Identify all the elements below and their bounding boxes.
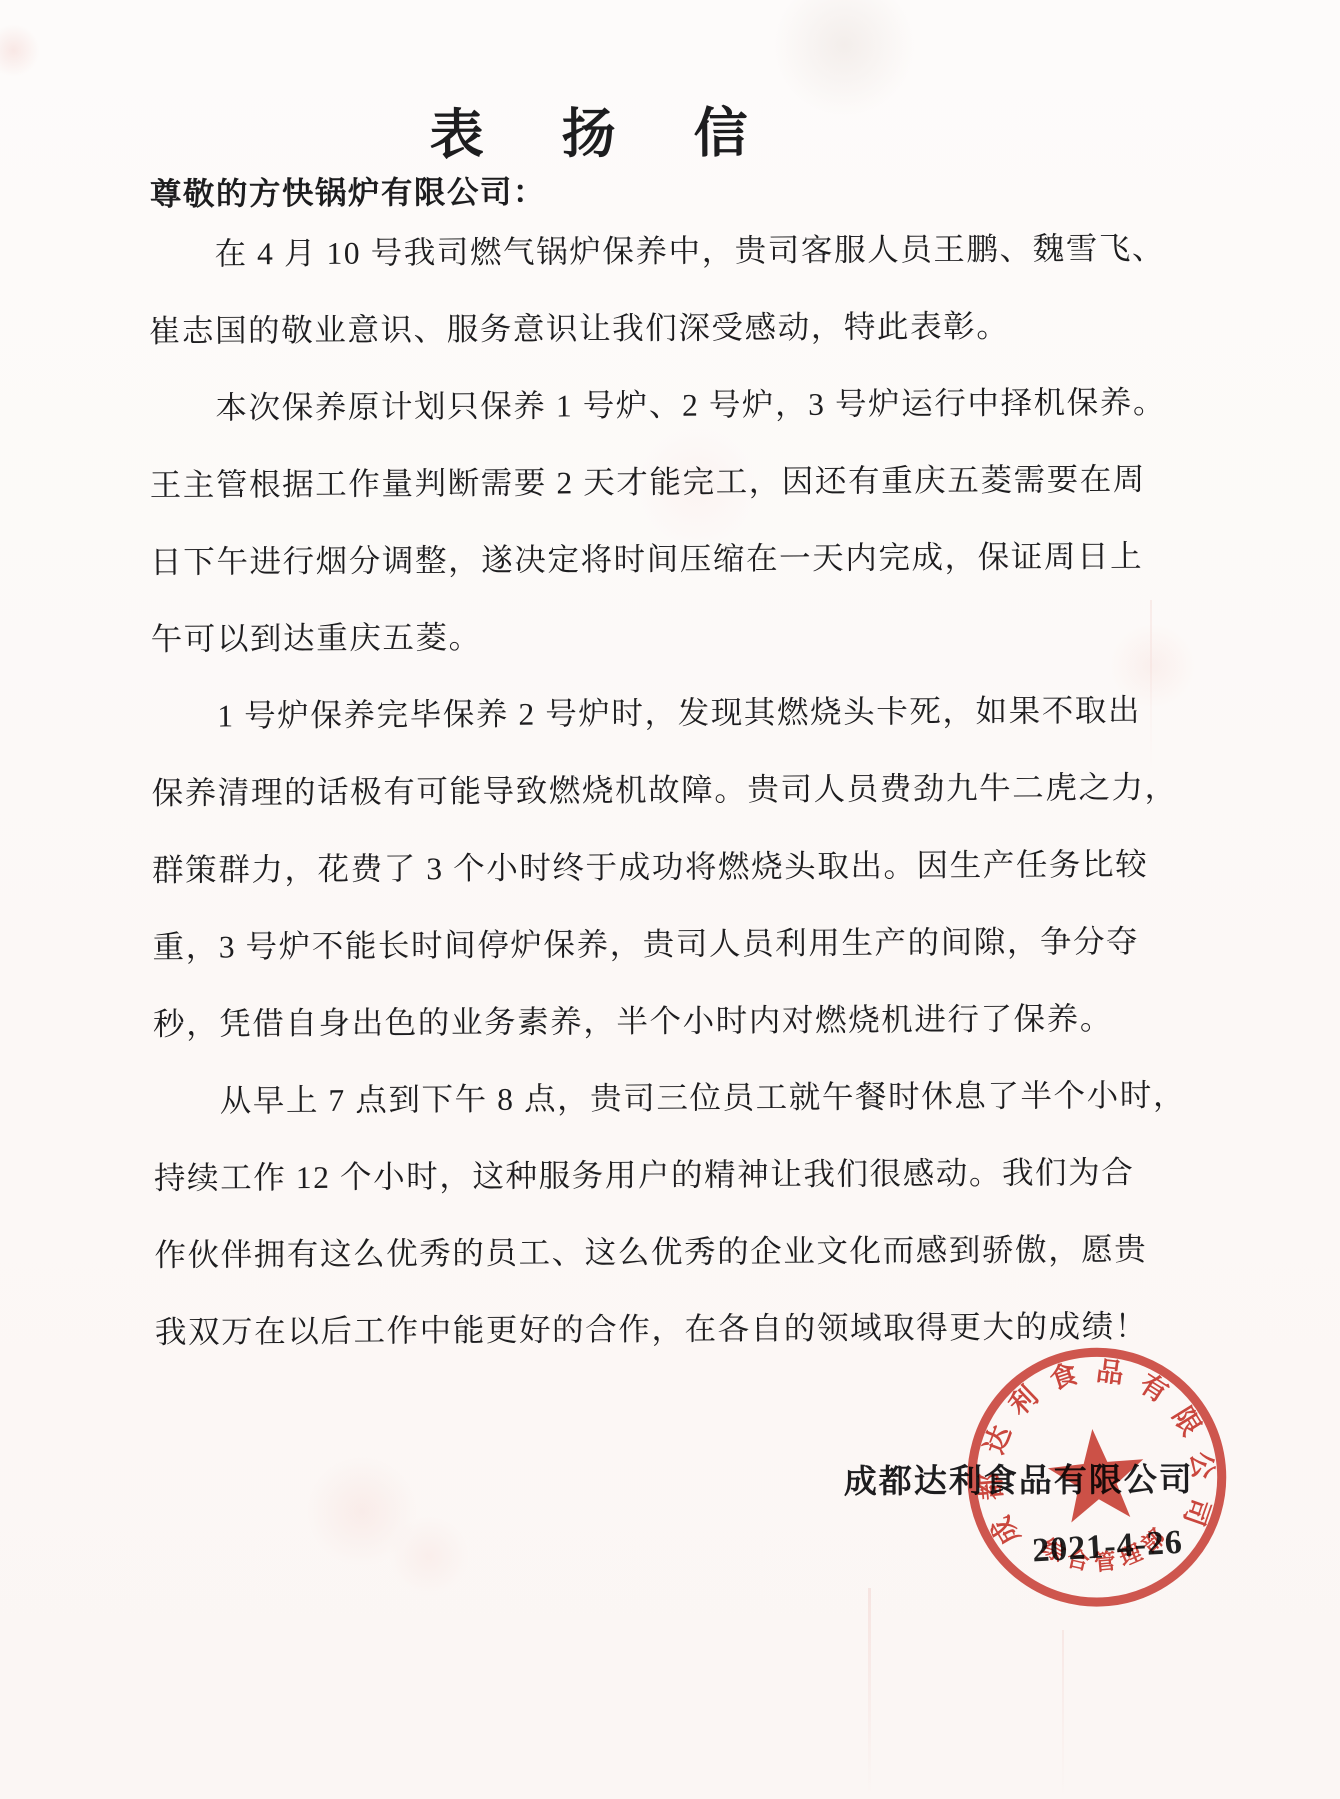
scanned-letter-page: 表 扬 信 尊敬的方快锅炉有限公司： 在 4 月 10 号我司燃气锅炉保养中，贵… bbox=[0, 0, 1340, 1799]
body-line: 保养清理的话极有可能导致燃烧机故障。贵司人员费劲九牛二虎之力， bbox=[151, 748, 1231, 832]
letter-sheet: 表 扬 信 尊敬的方快锅炉有限公司： 在 4 月 10 号我司燃气锅炉保养中，贵… bbox=[0, 0, 1340, 1799]
body-line: 秒，凭借自身出色的业务素养，半个小时内对燃烧机进行了保养。 bbox=[153, 979, 1233, 1063]
salutation-line: 尊敬的方快锅炉有限公司： bbox=[150, 168, 546, 215]
body-line: 王主管根据工作量判断需要 2 天才能完工，因还有重庆五菱需要在周 bbox=[150, 440, 1230, 524]
body-line: 1 号炉保养完毕保养 2 号炉时，发现其燃烧头卡死，如果不取出 bbox=[151, 671, 1231, 755]
letter-body: 在 4 月 10 号我司燃气锅炉保养中，贵司客服人员王鹏、魏雪飞、崔志国的敬业意… bbox=[148, 209, 1235, 1371]
body-line: 重，3 号炉不能长时间停炉保养，贵司人员利用生产的间隙，争分夺 bbox=[152, 902, 1232, 986]
body-line: 持续工作 12 个小时，这种服务用户的精神让我们很感动。我们为合 bbox=[154, 1133, 1234, 1217]
body-line: 本次保养原计划只保养 1 号炉、2 号炉，3 号炉运行中择机保养。 bbox=[149, 363, 1229, 447]
stamp-arc-char: 综 bbox=[1037, 1534, 1070, 1567]
body-line: 在 4 月 10 号我司燃气锅炉保养中，贵司客服人员王鹏、魏雪飞、 bbox=[148, 209, 1228, 293]
company-seal-stamp-icon: 成 都 达 利 食 品 有 限 公 司 综 合 管 理 部 bbox=[943, 1324, 1250, 1631]
stamp-arc-char: 品 bbox=[1095, 1356, 1126, 1389]
stamp-department-arc: 综 合 管 理 部 bbox=[1036, 1522, 1173, 1580]
body-line: 午可以到达重庆五菱。 bbox=[150, 594, 1230, 678]
body-line: 从早上 7 点到下午 8 点，贵司三位员工就午餐时休息了半个小时， bbox=[153, 1056, 1233, 1140]
letter-title: 表 扬 信 bbox=[429, 90, 759, 169]
body-line: 崔志国的敬业意识、服务意识让我们深受感动，特此表彰。 bbox=[149, 286, 1229, 370]
star-icon bbox=[1045, 1425, 1149, 1525]
body-line: 作伙伴拥有这么优秀的员工、这么优秀的企业文化而感到骄傲，愿贵 bbox=[154, 1210, 1234, 1294]
stamp-arc-char: 管 bbox=[1093, 1548, 1117, 1575]
stamp-arc-char: 合 bbox=[1065, 1546, 1092, 1575]
stamp-arc-char: 都 bbox=[975, 1471, 1007, 1502]
stamp-arc-char: 公 bbox=[1185, 1450, 1218, 1481]
body-line: 群策群力，花费了 3 个小时终于成功将燃烧头取出。因生产任务比较 bbox=[152, 825, 1232, 909]
body-line: 日下午进行烟分调整，遂决定将时间压缩在一天内完成，保证周日上 bbox=[150, 517, 1230, 601]
stamp-arc-char: 部 bbox=[1137, 1524, 1171, 1558]
